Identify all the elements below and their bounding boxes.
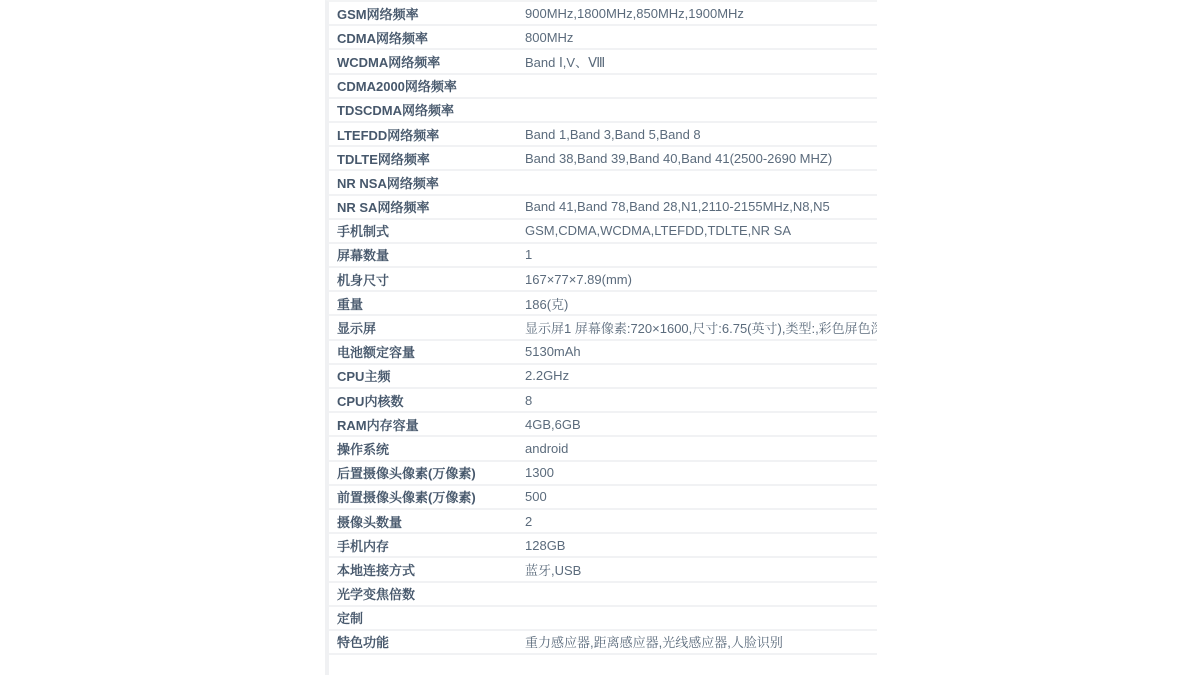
table-row: NR SA网络频率Band 41,Band 78,Band 28,N1,2110… [329, 196, 877, 220]
spec-value: Band 41,Band 78,Band 28,N1,2110-2155MHz,… [525, 199, 877, 214]
table-row: 电池额定容量5130mAh [329, 341, 877, 365]
spec-label: 屏幕数量 [329, 245, 525, 264]
spec-label: NR SA网络频率 [329, 197, 525, 216]
spec-label: LTEFDD网络频率 [329, 125, 525, 144]
spec-label: 本地连接方式 [329, 560, 525, 579]
table-row: RAM内存容量4GB,6GB [329, 413, 877, 437]
spec-value: 186(克) [525, 294, 877, 313]
spec-value: 500 [525, 489, 877, 504]
table-row: TDLTE网络频率Band 38,Band 39,Band 40,Band 41… [329, 147, 877, 171]
spec-value: 1300 [525, 465, 877, 480]
table-row: CDMA2000网络频率 [329, 75, 877, 99]
spec-label: 显示屏 [329, 318, 525, 337]
spec-value: 4GB,6GB [525, 417, 877, 432]
spec-label: CDMA2000网络频率 [329, 76, 525, 95]
spec-label: WCDMA网络频率 [329, 52, 525, 71]
spec-value: 167×77×7.89(mm) [525, 272, 877, 287]
spec-label: 光学变焦倍数 [329, 584, 525, 603]
table-row: 屏幕数量1 [329, 244, 877, 268]
table-row: CDMA网络频率800MHz [329, 26, 877, 50]
table-row: 手机内存128GB [329, 534, 877, 558]
spec-label: 特色功能 [329, 632, 525, 651]
spec-label: 手机内存 [329, 536, 525, 555]
spec-label: CPU内核数 [329, 391, 525, 410]
table-row: NR NSA网络频率 [329, 171, 877, 195]
table-row: WCDMA网络频率Band Ⅰ,V、Ⅷ [329, 50, 877, 74]
spec-label: 手机制式 [329, 221, 525, 240]
table-row: LTEFDD网络频率Band 1,Band 3,Band 5,Band 8 [329, 123, 877, 147]
table-row: 后置摄像头像素(万像素)1300 [329, 462, 877, 486]
table-row: 光学变焦倍数 [329, 583, 877, 607]
spec-label: 前置摄像头像素(万像素) [329, 487, 525, 506]
spec-label: RAM内存容量 [329, 415, 525, 434]
spec-label: 操作系统 [329, 439, 525, 458]
spec-value: 显示屏1 屏幕像素:720×1600,尺寸:6.75(英寸),类型:,彩色屏色深… [525, 318, 877, 337]
table-row: 手机制式GSM,CDMA,WCDMA,LTEFDD,TDLTE,NR SA [329, 220, 877, 244]
spec-value: GSM,CDMA,WCDMA,LTEFDD,TDLTE,NR SA [525, 223, 877, 238]
spec-label: TDSCDMA网络频率 [329, 100, 525, 119]
table-row: 机身尺寸167×77×7.89(mm) [329, 268, 877, 292]
table-row: 显示屏显示屏1 屏幕像素:720×1600,尺寸:6.75(英寸),类型:,彩色… [329, 316, 877, 340]
table-row: 摄像头数量2 [329, 510, 877, 534]
spec-value: 2.2GHz [525, 368, 877, 383]
table-row: 操作系统android [329, 437, 877, 461]
spec-label: CDMA网络频率 [329, 28, 525, 47]
table-row: CPU主频2.2GHz [329, 365, 877, 389]
spec-label: 机身尺寸 [329, 270, 525, 289]
table-row: CPU内核数8 [329, 389, 877, 413]
spec-value: android [525, 441, 877, 456]
table-row: 定制 [329, 607, 877, 631]
spec-label: GSM网络频率 [329, 4, 525, 23]
spec-value: 重力感应器,距离感应器,光线感应器,人脸识别 [525, 632, 877, 651]
spec-table: GSM网络频率900MHz,1800MHz,850MHz,1900MHzCDMA… [325, 0, 877, 675]
spec-value: 1 [525, 247, 877, 262]
spec-value: 5130mAh [525, 344, 877, 359]
table-row: 本地连接方式蓝牙,USB [329, 558, 877, 582]
table-row: TDSCDMA网络频率 [329, 99, 877, 123]
spec-value: Band Ⅰ,V、Ⅷ [525, 52, 877, 71]
spec-label: 后置摄像头像素(万像素) [329, 463, 525, 482]
spec-label: 重量 [329, 294, 525, 313]
spec-value: 2 [525, 514, 877, 529]
spec-label: NR NSA网络频率 [329, 173, 525, 192]
spec-label: CPU主频 [329, 366, 525, 385]
table-row: GSM网络频率900MHz,1800MHz,850MHz,1900MHz [329, 2, 877, 26]
spec-value: 蓝牙,USB [525, 560, 877, 579]
page: GSM网络频率900MHz,1800MHz,850MHz,1900MHzCDMA… [0, 0, 1200, 675]
spec-value: 800MHz [525, 30, 877, 45]
spec-value: 900MHz,1800MHz,850MHz,1900MHz [525, 6, 877, 21]
spec-value: 8 [525, 393, 877, 408]
table-row: 重量186(克) [329, 292, 877, 316]
table-row: 前置摄像头像素(万像素)500 [329, 486, 877, 510]
spec-label: TDLTE网络频率 [329, 149, 525, 168]
spec-value: Band 38,Band 39,Band 40,Band 41(2500-269… [525, 151, 877, 166]
spec-label: 电池额定容量 [329, 342, 525, 361]
spec-value: Band 1,Band 3,Band 5,Band 8 [525, 127, 877, 142]
spec-label: 摄像头数量 [329, 512, 525, 531]
spec-value: 128GB [525, 538, 877, 553]
spec-label: 定制 [329, 608, 525, 627]
table-row: 特色功能重力感应器,距离感应器,光线感应器,人脸识别 [329, 631, 877, 655]
